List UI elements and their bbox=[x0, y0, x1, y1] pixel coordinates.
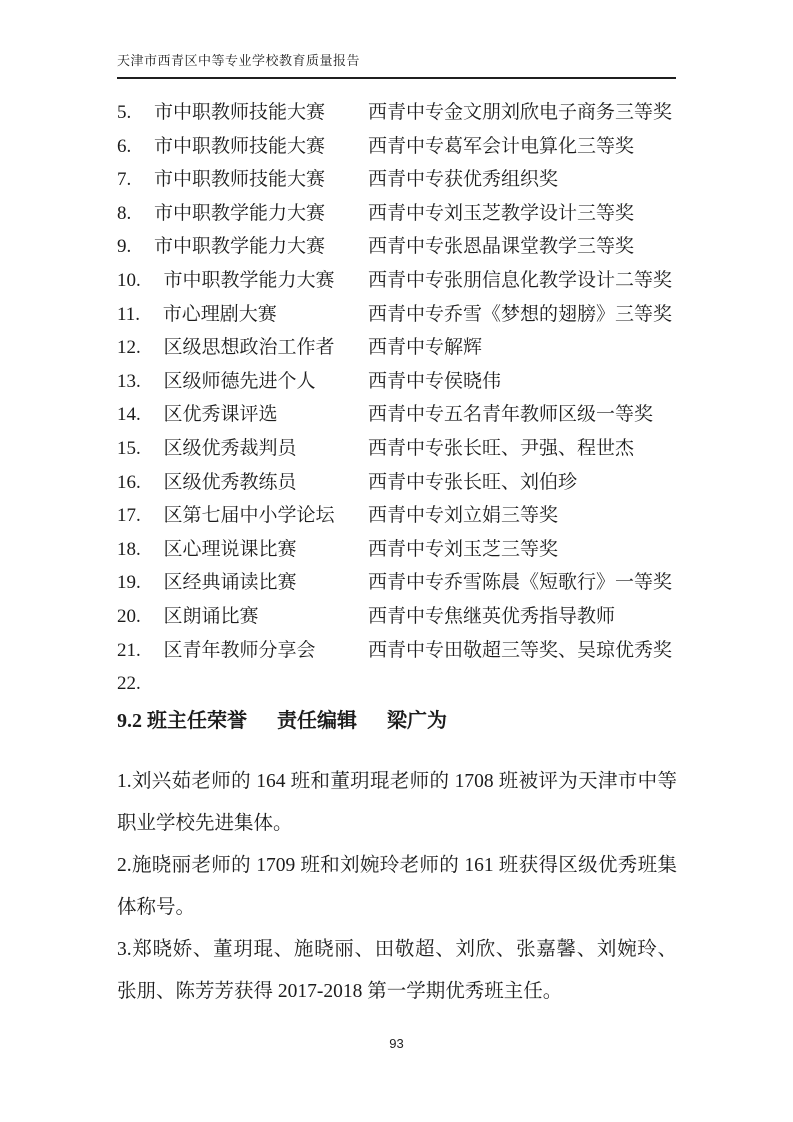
award-name: 市中职教师技能大赛 bbox=[154, 136, 325, 157]
award-recipient: 西青中专张朋信息化教学设计二等奖 bbox=[368, 264, 672, 298]
body-text: 1.刘兴茹老师的 164 班和董玥琨老师的 1708 班被评为天津市中等职业学校… bbox=[117, 761, 677, 1013]
award-recipient: 西青中专张恩晶课堂教学三等奖 bbox=[368, 230, 634, 264]
list-item-number: 20. bbox=[117, 600, 141, 634]
list-item-number: 17. bbox=[117, 499, 141, 533]
award-recipient: 西青中专侯晓伟 bbox=[368, 365, 501, 399]
list-item: 13. 区级师德先进个人 西青中专侯晓伟 bbox=[117, 365, 737, 399]
award-recipient: 西青中专张长旺、刘伯珍 bbox=[368, 466, 577, 500]
awards-list: 5. 市中职教师技能大赛 西青中专金文朋刘欣电子商务三等奖 6. 市中职教师技能… bbox=[117, 96, 737, 701]
list-item-number: 11. bbox=[117, 298, 140, 332]
award-recipient: 西青中专金文朋刘欣电子商务三等奖 bbox=[368, 96, 672, 130]
award-name: 市心理剧大赛 bbox=[163, 304, 277, 325]
page-number: 93 bbox=[0, 1036, 793, 1051]
section-heading: 9.2 班主任荣誉 责任编辑 梁广为 bbox=[117, 704, 447, 733]
document-header: 天津市西青区中等专业学校教育质量报告 bbox=[117, 50, 676, 79]
paragraph: 1.刘兴茹老师的 164 班和董玥琨老师的 1708 班被评为天津市中等职业学校… bbox=[117, 761, 677, 845]
award-name: 区级思想政治工作者 bbox=[164, 337, 335, 358]
award-recipient: 西青中专五名青年教师区级一等奖 bbox=[368, 398, 653, 432]
list-item: 9. 市中职教学能力大赛 西青中专张恩晶课堂教学三等奖 bbox=[117, 230, 737, 264]
section-editor-name: 梁广为 bbox=[387, 710, 447, 732]
award-recipient: 西青中专乔雪《梦想的翅膀》三等奖 bbox=[368, 298, 672, 332]
list-item-number: 19. bbox=[117, 566, 141, 600]
award-recipient: 西青中专乔雪陈晨《短歌行》一等奖 bbox=[368, 566, 672, 600]
paragraph: 3.郑晓娇、董玥琨、施晓丽、田敬超、刘欣、张嘉馨、刘婉玲、张朋、陈芳芳获得 20… bbox=[117, 929, 677, 1013]
list-item: 18. 区心理说课比赛 西青中专刘玉芝三等奖 bbox=[117, 533, 737, 567]
award-name: 区第七届中小学论坛 bbox=[164, 505, 335, 526]
document-page: 天津市西青区中等专业学校教育质量报告 5. 市中职教师技能大赛 西青中专金文朋刘… bbox=[0, 0, 793, 1122]
award-recipient: 西青中专获优秀组织奖 bbox=[368, 163, 558, 197]
list-item: 15. 区级优秀裁判员 西青中专张长旺、尹强、程世杰 bbox=[117, 432, 737, 466]
list-item: 10. 市中职教学能力大赛 西青中专张朋信息化教学设计二等奖 bbox=[117, 264, 737, 298]
award-name: 区心理说课比赛 bbox=[164, 539, 297, 560]
list-item-number: 16. bbox=[117, 466, 141, 500]
section-heading-title: 9.2 班主任荣誉 bbox=[117, 710, 247, 732]
section-editor-label: 责任编辑 bbox=[277, 710, 357, 732]
award-name: 区经典诵读比赛 bbox=[164, 572, 297, 593]
list-item-number: 13. bbox=[117, 365, 141, 399]
list-item-number: 21. bbox=[117, 634, 141, 668]
paragraph: 2.施晓丽老师的 1709 班和刘婉玲老师的 161 班获得区级优秀班集体称号。 bbox=[117, 845, 677, 929]
list-item-number: 6. bbox=[117, 130, 131, 164]
list-item-number: 18. bbox=[117, 533, 141, 567]
list-item: 11. 市心理剧大赛 西青中专乔雪《梦想的翅膀》三等奖 bbox=[117, 298, 737, 332]
award-name: 市中职教学能力大赛 bbox=[154, 203, 325, 224]
list-item-number: 15. bbox=[117, 432, 141, 466]
list-item-number: 10. bbox=[117, 264, 141, 298]
list-item: 19. 区经典诵读比赛 西青中专乔雪陈晨《短歌行》一等奖 bbox=[117, 566, 737, 600]
list-item: 12. 区级思想政治工作者 西青中专解辉 bbox=[117, 331, 737, 365]
award-name: 市中职教学能力大赛 bbox=[164, 270, 335, 291]
list-item-number: 12. bbox=[117, 331, 141, 365]
award-recipient: 西青中专田敬超三等奖、吴琼优秀奖 bbox=[368, 634, 672, 668]
list-item-number: 7. bbox=[117, 163, 131, 197]
list-item-number: 14. bbox=[117, 398, 141, 432]
award-name: 区优秀课评选 bbox=[164, 404, 278, 425]
award-name: 区朗诵比赛 bbox=[164, 606, 259, 627]
list-item: 8. 市中职教学能力大赛 西青中专刘玉芝教学设计三等奖 bbox=[117, 197, 737, 231]
list-item: 5. 市中职教师技能大赛 西青中专金文朋刘欣电子商务三等奖 bbox=[117, 96, 737, 130]
award-name: 区级师德先进个人 bbox=[164, 371, 316, 392]
award-recipient: 西青中专解辉 bbox=[368, 331, 482, 365]
list-item-number: 9. bbox=[117, 230, 131, 264]
list-item: 6. 市中职教师技能大赛 西青中专葛军会计电算化三等奖 bbox=[117, 130, 737, 164]
list-item: 14. 区优秀课评选 西青中专五名青年教师区级一等奖 bbox=[117, 398, 737, 432]
award-recipient: 西青中专葛军会计电算化三等奖 bbox=[368, 130, 634, 164]
award-name: 市中职教师技能大赛 bbox=[154, 169, 325, 190]
award-recipient: 西青中专刘玉芝三等奖 bbox=[368, 533, 558, 567]
award-recipient: 西青中专张长旺、尹强、程世杰 bbox=[368, 432, 634, 466]
list-item: 16. 区级优秀教练员 西青中专张长旺、刘伯珍 bbox=[117, 466, 737, 500]
award-name: 区级优秀教练员 bbox=[164, 472, 297, 493]
list-item: 22. bbox=[117, 667, 737, 701]
list-item: 7. 市中职教师技能大赛 西青中专获优秀组织奖 bbox=[117, 163, 737, 197]
list-item-number: 22. bbox=[117, 667, 141, 701]
list-item: 17. 区第七届中小学论坛 西青中专刘立娟三等奖 bbox=[117, 499, 737, 533]
award-name: 区级优秀裁判员 bbox=[164, 438, 297, 459]
list-item: 20. 区朗诵比赛 西青中专焦继英优秀指导教师 bbox=[117, 600, 737, 634]
list-item-number: 8. bbox=[117, 197, 131, 231]
award-name: 市中职教师技能大赛 bbox=[154, 102, 325, 123]
document-header-title: 天津市西青区中等专业学校教育质量报告 bbox=[117, 53, 360, 68]
list-item: 21. 区青年教师分享会 西青中专田敬超三等奖、吴琼优秀奖 bbox=[117, 634, 737, 668]
award-recipient: 西青中专刘玉芝教学设计三等奖 bbox=[368, 197, 634, 231]
list-item-number: 5. bbox=[117, 96, 131, 130]
award-recipient: 西青中专焦继英优秀指导教师 bbox=[368, 600, 615, 634]
award-recipient: 西青中专刘立娟三等奖 bbox=[368, 499, 558, 533]
award-name: 市中职教学能力大赛 bbox=[154, 236, 325, 257]
award-name: 区青年教师分享会 bbox=[164, 640, 316, 661]
